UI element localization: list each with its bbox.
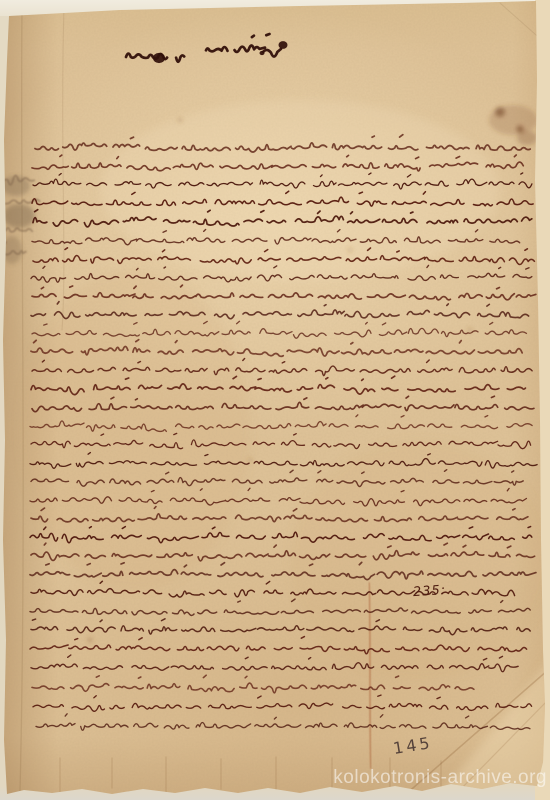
ink-blot xyxy=(260,51,265,55)
numeral-fragment: 235: xyxy=(413,583,447,600)
ink-blot xyxy=(153,53,165,63)
ink-blot xyxy=(279,41,288,49)
watermark-label: kolokotronis-archive.org xyxy=(333,767,547,789)
paper-overlay xyxy=(0,0,550,800)
manuscript-photo: 235: 145 kolokotronis-archive.org xyxy=(0,0,550,800)
